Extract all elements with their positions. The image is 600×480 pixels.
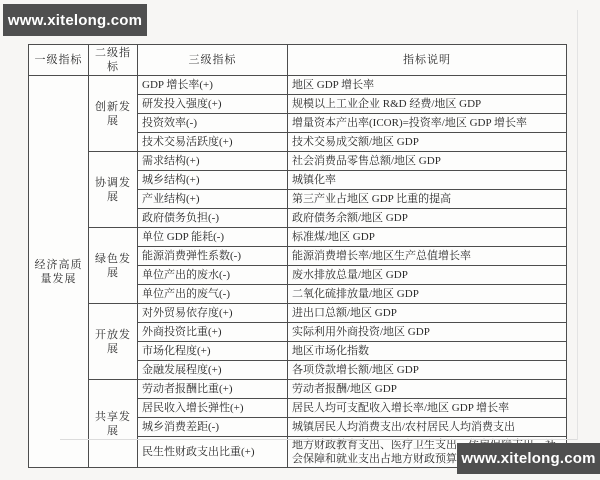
level3-indicator-cell: 能源消费弹性系数(-) [138, 247, 288, 266]
indicator-description-cell: 规模以上工业企业 R&D 经费/地区 GDP [288, 95, 567, 114]
level3-indicator-cell: 技术交易活跃度(+) [138, 133, 288, 152]
page-edge-line-bottom [60, 439, 577, 440]
level3-indicator-cell: 单位产出的废气(-) [138, 285, 288, 304]
level3-indicator-cell: 外商投资比重(+) [138, 323, 288, 342]
indicator-description-cell: 政府债务余额/地区 GDP [288, 209, 567, 228]
page-edge-line-right [577, 10, 578, 440]
level3-indicator-cell: 研发投入强度(+) [138, 95, 288, 114]
table-row: 经济高质量发展创新发展GDP 增长率(+)地区 GDP 增长率 [29, 76, 567, 95]
document-page: www.xitelong.com 一级指标 二级指标 三级指标 指标说明 经济高… [0, 0, 600, 480]
level2-indicator-cell: 共享发展 [89, 380, 138, 468]
indicator-description-cell: 地区 GDP 增长率 [288, 76, 567, 95]
table-row: 开放发展对外贸易依存度(+)进出口总额/地区 GDP [29, 304, 567, 323]
indicator-table-body: 经济高质量发展创新发展GDP 增长率(+)地区 GDP 增长率研发投入强度(+)… [29, 76, 567, 468]
indicator-description-cell: 进出口总额/地区 GDP [288, 304, 567, 323]
indicator-description-cell: 城镇化率 [288, 171, 567, 190]
indicator-description-cell: 劳动者报酬/地区 GDP [288, 380, 567, 399]
indicator-description-cell: 居民人均可支配收入增长率/地区 GDP 增长率 [288, 399, 567, 418]
level3-indicator-cell: 民生性财政支出比重(+) [138, 437, 288, 468]
header-level2: 二级指标 [89, 45, 138, 76]
indicator-description-cell: 第三产业占地区 GDP 比重的提高 [288, 190, 567, 209]
level3-indicator-cell: 居民收入增长弹性(+) [138, 399, 288, 418]
level2-indicator-cell: 协调发展 [89, 152, 138, 228]
level2-indicator-cell: 开放发展 [89, 304, 138, 380]
level3-indicator-cell: 市场化程度(+) [138, 342, 288, 361]
level2-indicator-cell: 创新发展 [89, 76, 138, 152]
header-level3: 三级指标 [138, 45, 288, 76]
header-level1: 一级指标 [29, 45, 89, 76]
indicator-description-cell: 二氧化硫排放量/地区 GDP [288, 285, 567, 304]
header-description: 指标说明 [288, 45, 567, 76]
table-row: 协调发展需求结构(+)社会消费品零售总额/地区 GDP [29, 152, 567, 171]
indicator-description-cell: 城镇居民人均消费支出/农村居民人均消费支出 [288, 418, 567, 437]
indicator-description-cell: 各项贷款增长额/地区 GDP [288, 361, 567, 380]
level3-indicator-cell: 劳动者报酬比重(+) [138, 380, 288, 399]
level3-indicator-cell: 需求结构(+) [138, 152, 288, 171]
level3-indicator-cell: GDP 增长率(+) [138, 76, 288, 95]
indicator-description-cell: 实际利用外商投资/地区 GDP [288, 323, 567, 342]
indicator-description-cell: 能源消费增长率/地区生产总值增长率 [288, 247, 567, 266]
indicator-table: 一级指标 二级指标 三级指标 指标说明 经济高质量发展创新发展GDP 增长率(+… [28, 44, 567, 468]
level3-indicator-cell: 投资效率(-) [138, 114, 288, 133]
table-row: 共享发展劳动者报酬比重(+)劳动者报酬/地区 GDP [29, 380, 567, 399]
indicator-description-cell: 社会消费品零售总额/地区 GDP [288, 152, 567, 171]
level3-indicator-cell: 金融发展程度(+) [138, 361, 288, 380]
level3-indicator-cell: 对外贸易依存度(+) [138, 304, 288, 323]
watermark-top: www.xitelong.com [3, 4, 147, 36]
indicator-description-cell: 增量资本产出率(ICOR)=投资率/地区 GDP 增长率 [288, 114, 567, 133]
level3-indicator-cell: 城乡消费差距(-) [138, 418, 288, 437]
level3-indicator-cell: 单位产出的废水(-) [138, 266, 288, 285]
indicator-description-cell: 技术交易成交额/地区 GDP [288, 133, 567, 152]
level3-indicator-cell: 单位 GDP 能耗(-) [138, 228, 288, 247]
indicator-description-cell: 废水排放总量/地区 GDP [288, 266, 567, 285]
watermark-bottom: www.xitelong.com [457, 443, 600, 474]
table-row: 绿色发展单位 GDP 能耗(-)标准煤/地区 GDP [29, 228, 567, 247]
level2-indicator-cell: 绿色发展 [89, 228, 138, 304]
indicator-description-cell: 地区市场化指数 [288, 342, 567, 361]
indicator-description-cell: 标准煤/地区 GDP [288, 228, 567, 247]
level3-indicator-cell: 产业结构(+) [138, 190, 288, 209]
level3-indicator-cell: 城乡结构(+) [138, 171, 288, 190]
table-header-row: 一级指标 二级指标 三级指标 指标说明 [29, 45, 567, 76]
level3-indicator-cell: 政府债务负担(-) [138, 209, 288, 228]
level1-indicator-cell: 经济高质量发展 [29, 76, 89, 468]
